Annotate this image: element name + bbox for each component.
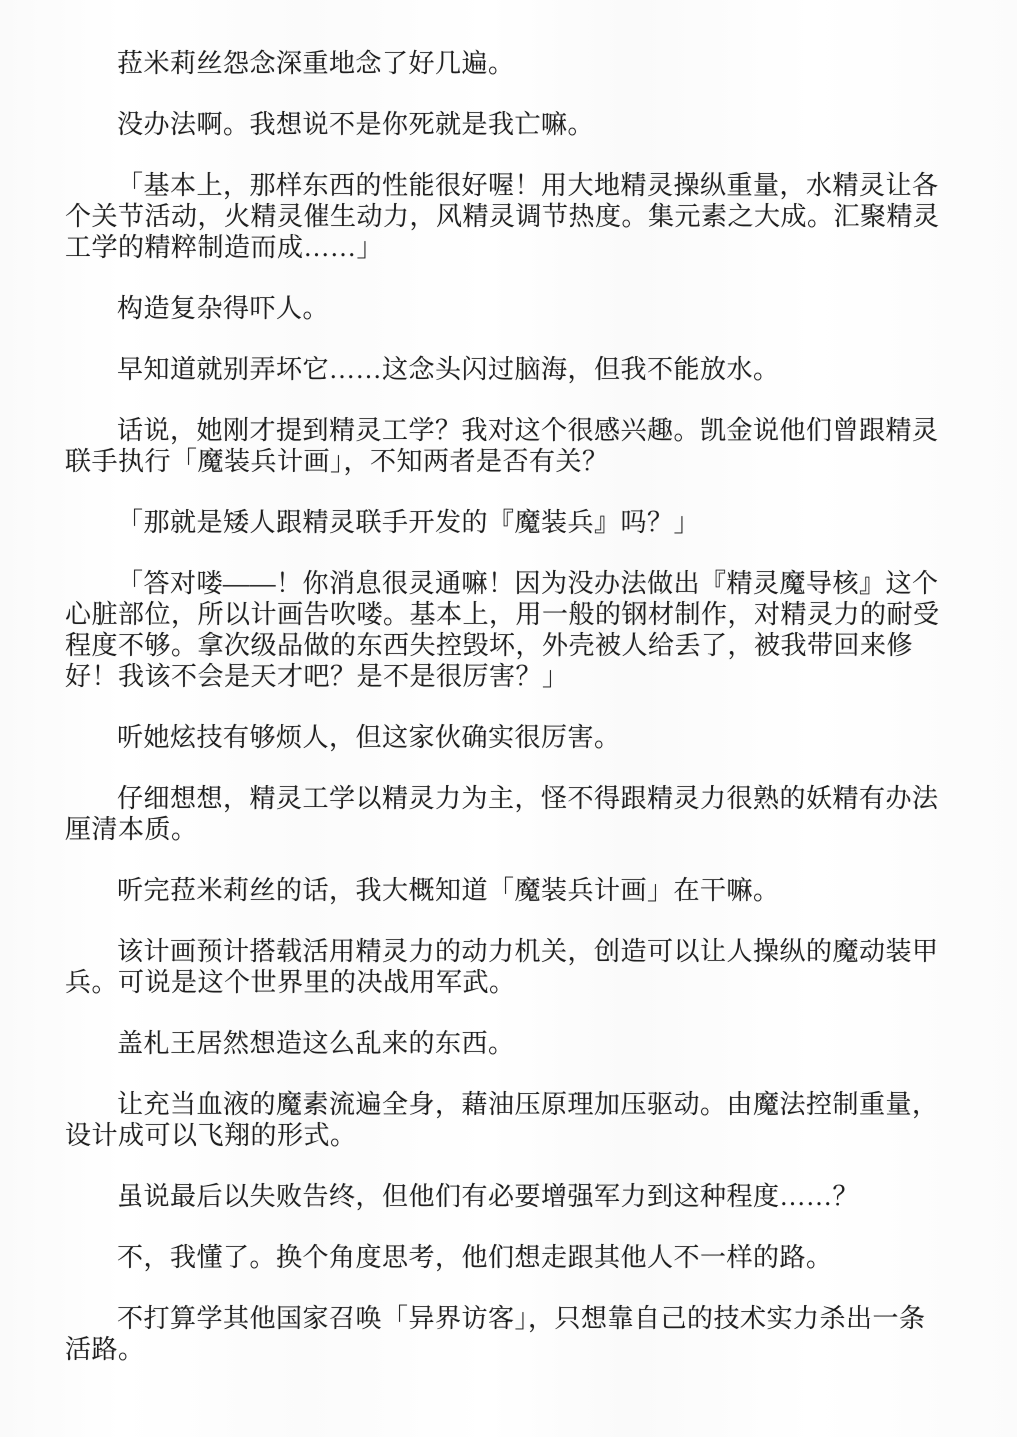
page-text: 菈米莉丝怨念深重地念了好几遍。没办法啊。我想说不是你死就是我亡嘛。「基本上，那样… (65, 48, 941, 1365)
paragraph: 该计画预计搭载活用精灵力的动力机关，创造可以让人操纵的魔动装甲兵。可说是这个世界… (65, 936, 941, 998)
paragraph: 「基本上，那样东西的性能很好喔！用大地精灵操纵重量，水精灵让各个关节活动，火精灵… (65, 170, 941, 263)
paragraph: 听她炫技有够烦人，但这家伙确实很厉害。 (65, 722, 941, 753)
paragraph: 仔细想想，精灵工学以精灵力为主，怪不得跟精灵力很熟的妖精有办法厘清本质。 (65, 783, 941, 845)
paragraph: 虽说最后以失败告终，但他们有必要增强军力到这种程度……？ (65, 1181, 941, 1212)
paragraph: 盖札王居然想造这么乱来的东西。 (65, 1028, 941, 1059)
paragraph: 没办法啊。我想说不是你死就是我亡嘛。 (65, 109, 941, 140)
paragraph: 「答对喽——！你消息很灵通嘛！因为没办法做出『精灵魔导核』这个心脏部位，所以计画… (65, 568, 941, 692)
paragraph: 听完菈米莉丝的话，我大概知道「魔装兵计画」在干嘛。 (65, 875, 941, 906)
paragraph: 菈米莉丝怨念深重地念了好几遍。 (65, 48, 941, 79)
paragraph: 不打算学其他国家召唤「异界访客」，只想靠自己的技术实力杀出一条活路。 (65, 1303, 941, 1365)
paragraph: 话说，她刚才提到精灵工学？我对这个很感兴趣。凯金说他们曾跟精灵联手执行「魔装兵计… (65, 415, 941, 477)
paragraph: 「那就是矮人跟精灵联手开发的『魔装兵』吗？」 (65, 507, 941, 538)
paragraph: 早知道就别弄坏它……这念头闪过脑海，但我不能放水。 (65, 354, 941, 385)
paragraph: 构造复杂得吓人。 (65, 293, 941, 324)
paragraph: 让充当血液的魔素流遍全身，藉油压原理加压驱动。由魔法控制重量，设计成可以飞翔的形… (65, 1089, 941, 1151)
paragraph: 不，我懂了。换个角度思考，他们想走跟其他人不一样的路。 (65, 1242, 941, 1273)
novel-page: 菈米莉丝怨念深重地念了好几遍。没办法啊。我想说不是你死就是我亡嘛。「基本上，那样… (0, 0, 1017, 1437)
